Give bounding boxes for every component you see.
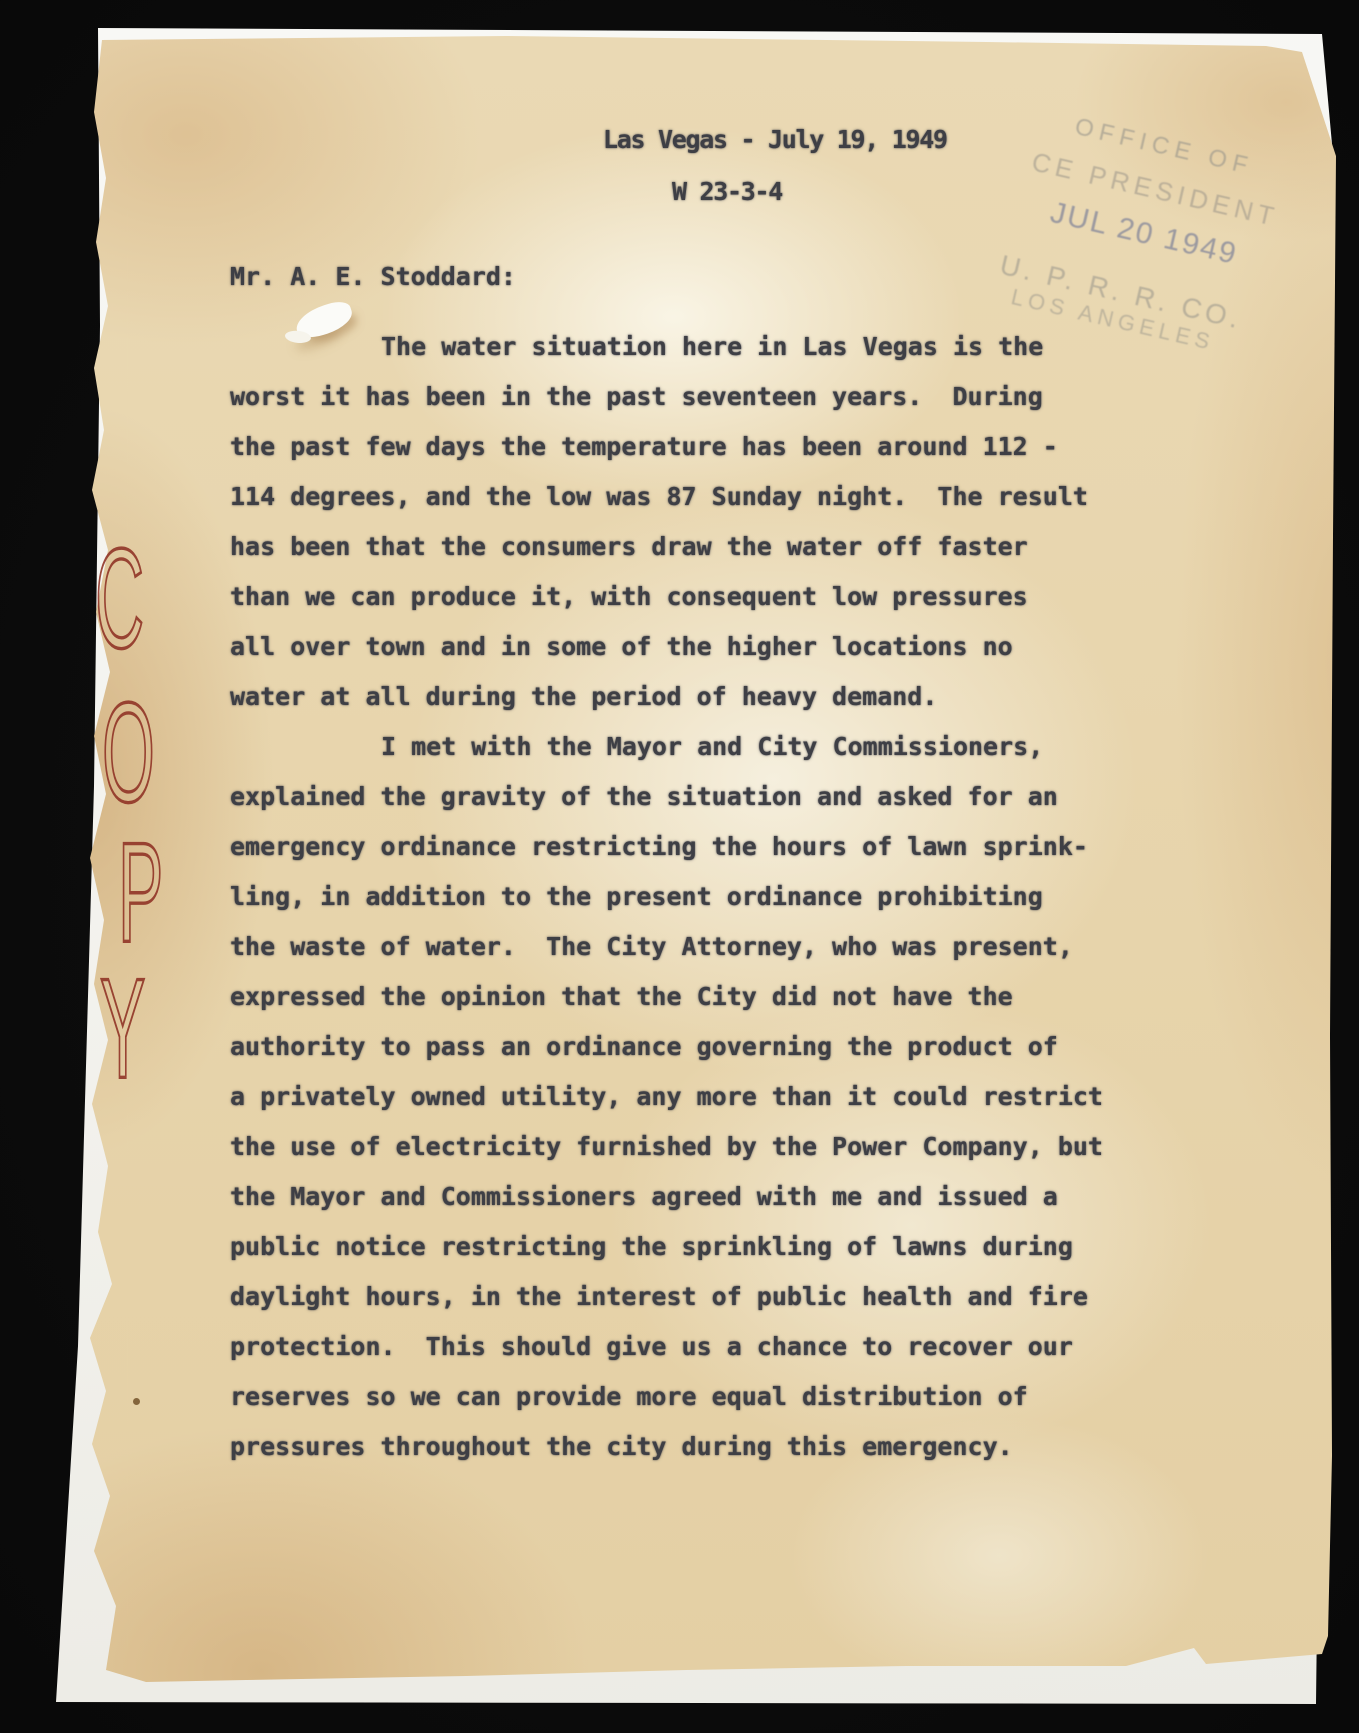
copy-letter-p: P (118, 822, 163, 964)
body-line: daylight hours, in the interest of publi… (230, 1272, 1103, 1322)
body-line: I met with the Mayor and City Commission… (230, 722, 1103, 772)
body-line: 114 degrees, and the low was 87 Sunday n… (230, 472, 1088, 522)
body-line: water at all during the period of heavy … (230, 672, 1088, 722)
copy-letter-o: O (102, 682, 155, 824)
body-line: the Mayor and Commissioners agreed with … (230, 1172, 1103, 1222)
copy-letter-c: C (95, 528, 144, 670)
body-line: worst it has been in the past seventeen … (230, 372, 1088, 422)
body-line: than we can produce it, with consequent … (230, 572, 1088, 622)
body-line: authority to pass an ordinance governing… (230, 1022, 1103, 1072)
body-line: expressed the opinion that the City did … (230, 972, 1103, 1022)
body-line: has been that the consumers draw the wat… (230, 522, 1088, 572)
body-line: The water situation here in Las Vegas is… (230, 322, 1088, 372)
file-number: W 23-3-4 (672, 177, 782, 206)
body-line: the past few days the temperature has be… (230, 422, 1088, 472)
body-line: explained the gravity of the situation a… (230, 772, 1103, 822)
body-line: the waste of water. The City Attorney, w… (230, 922, 1103, 972)
body-line: protection. This should give us a chance… (230, 1322, 1103, 1372)
received-stamp: OFFICE OF CE PRESIDENT JUL 20 1949 U. P.… (999, 85, 1294, 362)
scan-background: C O P Y OFFICE OF CE PRESIDENT JUL 20 19… (0, 0, 1359, 1733)
ink-speck (133, 1398, 140, 1405)
copy-letter-y: Y (100, 958, 145, 1100)
body-line: pressures throughout the city during thi… (230, 1422, 1103, 1472)
body-line: reserves so we can provide more equal di… (230, 1372, 1103, 1422)
letter-content: C O P Y OFFICE OF CE PRESIDENT JUL 20 19… (0, 0, 1359, 1733)
body-line: the use of electricity furnished by the … (230, 1122, 1103, 1172)
body-line: a privately owned utility, any more than… (230, 1072, 1103, 1122)
body-line: ling, in addition to the present ordinan… (230, 872, 1103, 922)
date-line: Las Vegas - July 19, 1949 (603, 125, 947, 154)
body-line: public notice restricting the sprinkling… (230, 1222, 1103, 1272)
body-line: emergency ordinance restricting the hour… (230, 822, 1103, 872)
salutation: Mr. A. E. Stoddard: (230, 262, 516, 291)
body-line: all over town and in some of the higher … (230, 622, 1088, 672)
paragraph-1: The water situation here in Las Vegas is… (230, 322, 1088, 722)
paragraph-2: I met with the Mayor and City Commission… (230, 722, 1103, 1472)
